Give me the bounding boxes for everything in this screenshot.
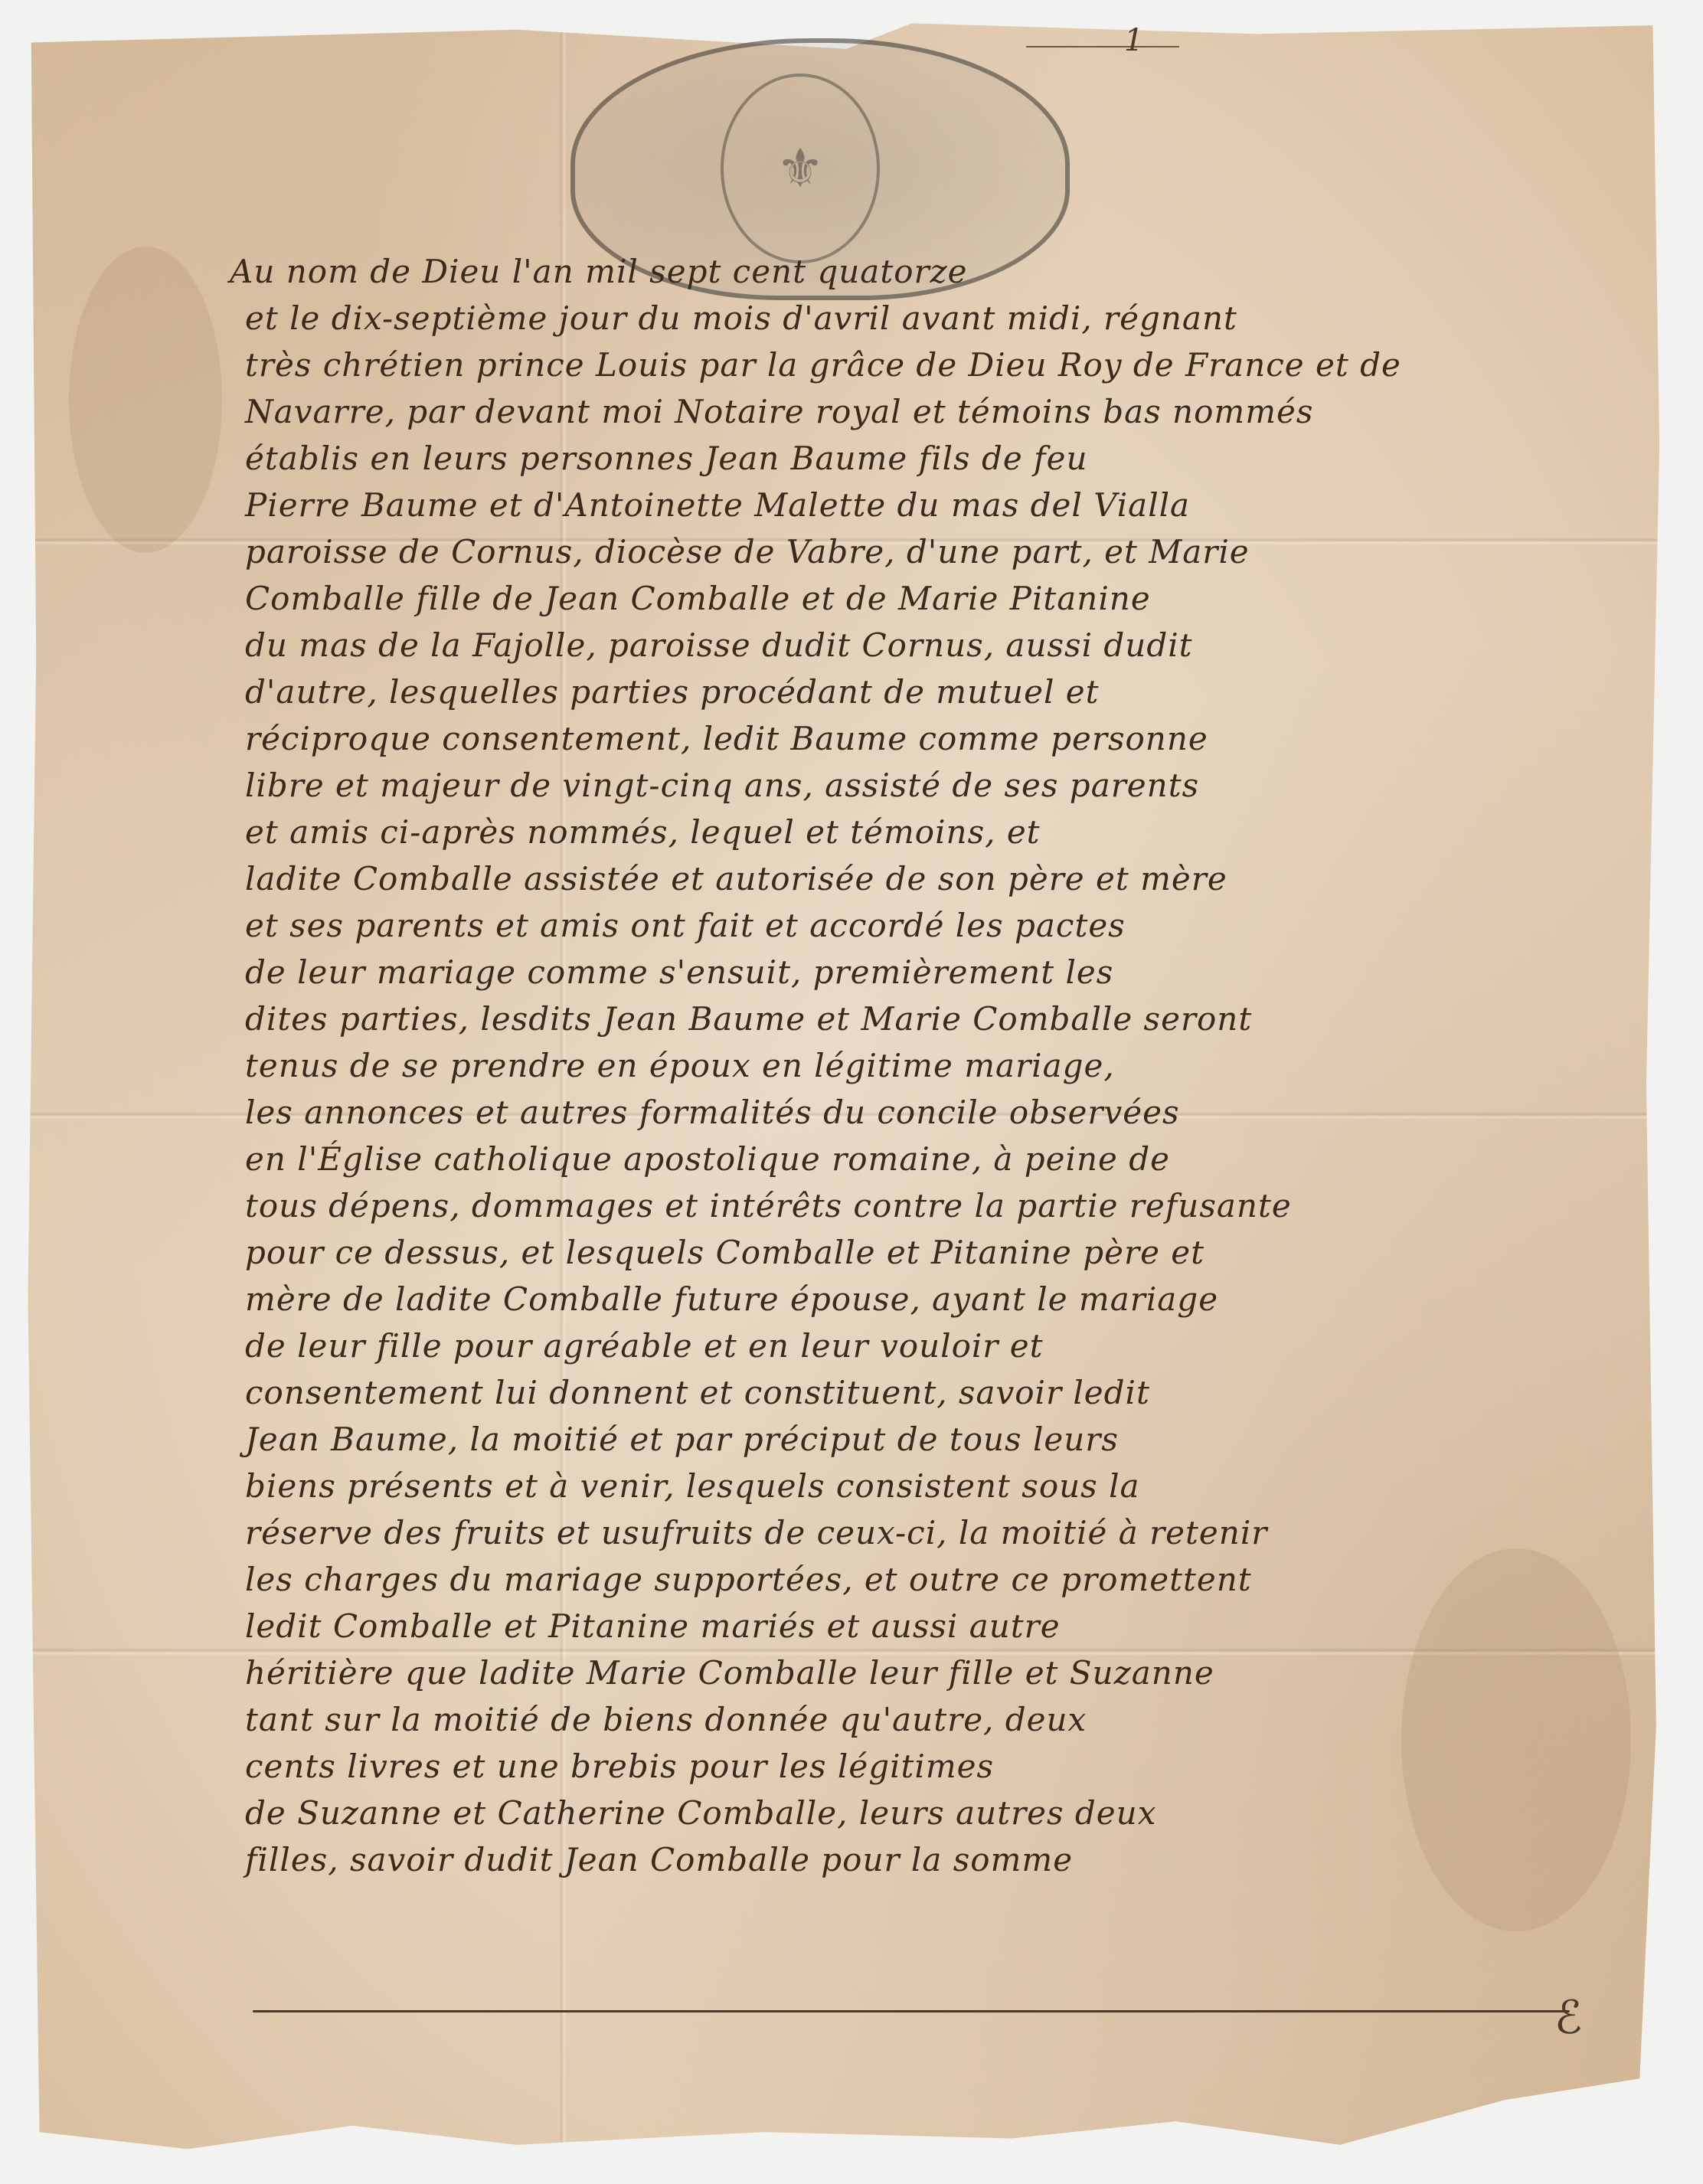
manuscript-line: consentement lui donnent et constituent,… <box>245 1374 1593 1417</box>
manuscript-line: Comballe fille de Jean Comballe et de Ma… <box>245 580 1593 623</box>
manuscript-line: Au nom de Dieu l'an mil sept cent quator… <box>230 253 1593 296</box>
manuscript-line: ledit Comballe et Pitanine mariés et aus… <box>245 1607 1593 1651</box>
manuscript-line: héritière que ladite Marie Comballe leur… <box>245 1654 1593 1698</box>
page-number: 1 <box>1124 23 1143 58</box>
manuscript-line: paroisse de Cornus, diocèse de Vabre, d'… <box>245 533 1593 577</box>
manuscript-line: d'autre, lesquelles parties procédant de… <box>245 673 1593 717</box>
manuscript-line: très chrétien prince Louis par la grâce … <box>245 346 1593 390</box>
manuscript-line: pour ce dessus, et lesquels Comballe et … <box>245 1234 1593 1277</box>
fleur-de-lis-icon: ⚜ <box>721 74 880 263</box>
manuscript-body: Au nom de Dieu l'an mil sept cent quator… <box>230 253 1593 1888</box>
manuscript-line: filles, savoir dudit Jean Comballe pour … <box>245 1841 1593 1885</box>
manuscript-line: et ses parents et amis ont fait et accor… <box>245 907 1593 950</box>
manuscript-line: tous dépens, dommages et intérêts contre… <box>245 1187 1593 1231</box>
manuscript-line: les charges du mariage supportées, et ou… <box>245 1561 1593 1604</box>
manuscript-line: dites parties, lesdits Jean Baume et Mar… <box>245 1000 1593 1044</box>
manuscript-line: Jean Baume, la moitié et par préciput de… <box>245 1421 1593 1464</box>
paper-stain <box>69 247 222 553</box>
manuscript-line: et amis ci-après nommés, lequel et témoi… <box>245 813 1593 857</box>
manuscript-line: mère de ladite Comballe future épouse, a… <box>245 1280 1593 1324</box>
manuscript-line: établis en leurs personnes Jean Baume fi… <box>245 440 1593 483</box>
manuscript-line: cents livres et une brebis pour les légi… <box>245 1748 1593 1791</box>
manuscript-line: en l'Église catholique apostolique romai… <box>245 1140 1593 1184</box>
flourish-mark: ℰ <box>1554 1991 1582 2045</box>
manuscript-line: de leur fille pour agréable et en leur v… <box>245 1327 1593 1371</box>
manuscript-line: les annonces et autres formalités du con… <box>245 1094 1593 1137</box>
manuscript-line: et le dix-septième jour du mois d'avril … <box>245 299 1593 343</box>
manuscript-line: du mas de la Fajolle, paroisse dudit Cor… <box>245 626 1593 670</box>
closing-line <box>253 2010 1570 2012</box>
manuscript-line: biens présents et à venir, lesquels cons… <box>245 1467 1593 1511</box>
manuscript-line: tenus de se prendre en époux en légitime… <box>245 1047 1593 1090</box>
manuscript-line: libre et majeur de vingt-cinq ans, assis… <box>245 767 1593 810</box>
manuscript-line: tant sur la moitié de biens donnée qu'au… <box>245 1701 1593 1744</box>
manuscript-line: de leur mariage comme s'ensuit, première… <box>245 953 1593 997</box>
manuscript-line: ladite Comballe assistée et autorisée de… <box>245 860 1593 904</box>
manuscript-line: Navarre, par devant moi Notaire royal et… <box>245 393 1593 436</box>
manuscript-line: réserve des fruits et usufruits de ceux-… <box>245 1514 1593 1558</box>
manuscript-line: réciproque consentement, ledit Baume com… <box>245 720 1593 763</box>
page-number-rule <box>1026 46 1179 47</box>
manuscript-line: Pierre Baume et d'Antoinette Malette du … <box>245 486 1593 530</box>
manuscript-line: de Suzanne et Catherine Comballe, leurs … <box>245 1794 1593 1838</box>
